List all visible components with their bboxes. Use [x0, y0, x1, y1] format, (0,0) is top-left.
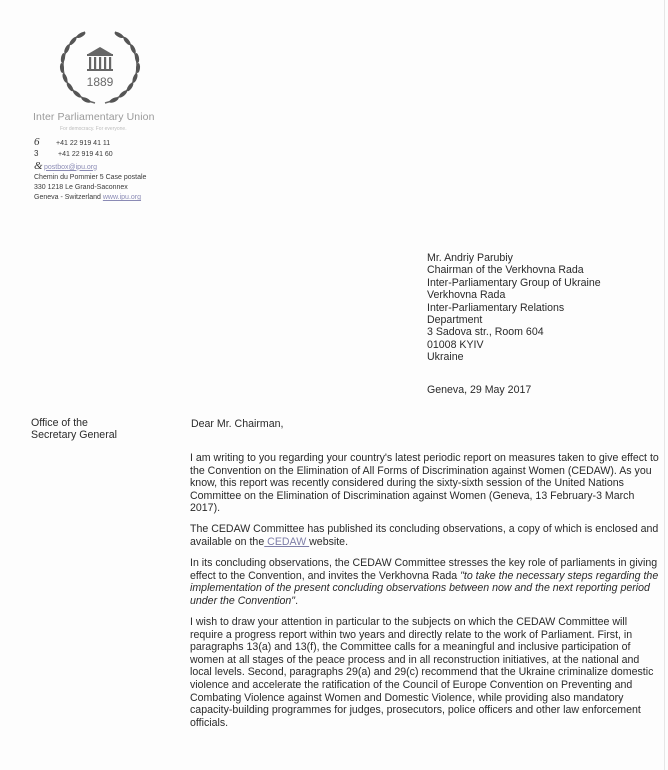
sender-office: Office of the Secretary General	[31, 418, 117, 441]
paragraph-2: The CEDAW Committee has published its co…	[190, 523, 660, 548]
paragraph-2-text: The CEDAW Committee has published its co…	[190, 523, 658, 548]
svg-text:1889: 1889	[87, 75, 114, 89]
recipient-line: 01008 KYIV	[427, 339, 601, 351]
org-tagline: For democracy. For everyone.	[60, 126, 127, 132]
letter-date: Geneva, 29 May 2017	[427, 384, 531, 396]
letter-body: I am writing to you regarding your count…	[190, 452, 660, 738]
paragraph-4: I wish to draw your attention in particu…	[190, 616, 660, 729]
office-line-1: Office of the	[31, 418, 117, 430]
recipient-line: Mr. Andriy Parubiy	[427, 252, 601, 264]
paragraph-1: I am writing to you regarding your count…	[190, 452, 660, 515]
recipient-line: 3 Sadova str., Room 604	[427, 326, 601, 338]
recipient-line: Inter-Parliamentary Relations	[427, 302, 601, 314]
fax-number: +41 22 919 41 60	[58, 150, 113, 160]
website-link[interactable]: www.ipu.org	[103, 193, 141, 203]
email-row: & postbox@ipu.org	[34, 161, 146, 173]
scan-edge	[664, 0, 665, 770]
fax-row: 3 +41 22 919 41 60	[34, 149, 146, 160]
address-line-3: Geneva - Switzerland www.ipu.org	[34, 193, 146, 203]
fax-icon: 3	[34, 149, 54, 159]
ipu-logo: 1889	[55, 26, 145, 108]
recipient-line: Verkhovna Rada	[427, 289, 601, 301]
address-city: Geneva - Switzerland	[34, 193, 101, 203]
phone-number: +41 22 919 41 11	[56, 139, 110, 149]
contact-block: 6 +41 22 919 41 11 3 +41 22 919 41 60 & …	[34, 137, 146, 204]
salutation: Dear Mr. Chairman,	[191, 418, 283, 430]
email-icon: &	[34, 161, 44, 171]
office-line-2: Secretary General	[31, 430, 117, 442]
recipient-line: Inter-Parliamentary Group of Ukraine	[427, 277, 601, 289]
address-line-2: 330 1218 Le Grand-Saconnex	[34, 183, 146, 193]
address-line-1: Chemin du Pommier 5 Case postale	[34, 173, 146, 183]
recipient-line: Ukraine	[427, 351, 601, 363]
cedaw-link[interactable]: CEDAW	[264, 536, 309, 548]
paragraph-3: In its concluding observations, the CEDA…	[190, 557, 660, 607]
phone-icon: 6	[34, 137, 52, 147]
paragraph-2-end: website.	[309, 536, 348, 548]
letter-page: 1889 Inter Parliamentary Union For democ…	[0, 0, 668, 770]
email-link[interactable]: postbox@ipu.org	[44, 163, 97, 173]
org-name: Inter Parliamentary Union	[33, 111, 155, 123]
recipient-line: Department	[427, 314, 601, 326]
recipient-address: Mr. Andriy Parubiy Chairman of the Verkh…	[427, 252, 601, 364]
laurel-wreath-icon: 1889	[55, 26, 145, 108]
phone-row: 6 +41 22 919 41 11	[34, 137, 146, 149]
paragraph-3-end: .	[295, 595, 298, 607]
recipient-line: Chairman of the Verkhovna Rada	[427, 264, 601, 276]
